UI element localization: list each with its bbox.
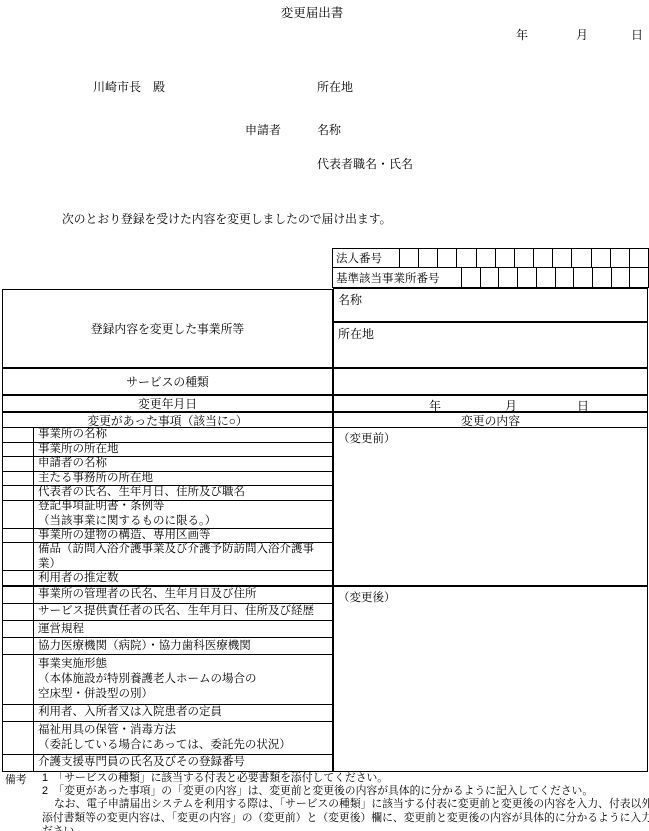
- changed-item-label: 利用者、入所者又は入院患者の定員: [34, 705, 332, 721]
- office-address-cell[interactable]: 所在地: [333, 322, 648, 368]
- changed-item-row: 事業所の建物の構造、専用区画等: [3, 528, 332, 543]
- note-line: 添付書類等の変更内容は、「変更の内容」の（変更前）と（変更後）欄に、変更前と変更…: [42, 812, 647, 825]
- item-mark-cell[interactable]: [3, 587, 34, 603]
- item-mark-cell[interactable]: [3, 638, 34, 654]
- item-mark-cell[interactable]: [3, 443, 34, 457]
- office-number-digit-cell[interactable]: [629, 268, 648, 287]
- changed-item-label: 事業所の建物の構造、専用区画等: [34, 529, 332, 543]
- office-number-digit-cell[interactable]: [555, 268, 574, 287]
- change-date-value-cell[interactable]: 年 月 日: [333, 395, 648, 412]
- changed-item-label: 利用者の推定数: [34, 571, 332, 585]
- changed-item-row: 主たる事務所の所在地: [3, 471, 332, 486]
- date-year-label: 年: [516, 26, 528, 43]
- service-type-header-cell: サービスの種類: [2, 368, 333, 395]
- service-type-value-cell[interactable]: [333, 368, 648, 395]
- office-number-digit-cell[interactable]: [573, 268, 592, 287]
- statement-text: 次のとおり登録を受けた内容を変更しましたので届け出ます。: [62, 210, 391, 227]
- changed-item-row: 事業所の管理者の氏名、生年月日及び住所: [3, 587, 332, 603]
- item-mark-cell[interactable]: [3, 655, 34, 703]
- changed-item-row: 事業実施形態 （本体施設が特別養護老人ホームの場合の 空床型・併設型の別）: [3, 654, 332, 703]
- date-month-label: 月: [576, 26, 588, 43]
- corporate-number-digit-cell[interactable]: [552, 249, 571, 267]
- corporate-number-digit-cell[interactable]: [533, 249, 552, 267]
- after-label: （変更後）: [334, 587, 647, 607]
- item-mark-cell[interactable]: [3, 529, 34, 543]
- change-content-before-cell[interactable]: （変更前）: [333, 427, 648, 586]
- changed-item-row: 利用者、入所者又は入院患者の定員: [3, 704, 332, 721]
- changed-item-label: 事業所の所在地: [34, 443, 332, 457]
- office-number-digit-cell[interactable]: [536, 268, 555, 287]
- corporate-number-digit-cell[interactable]: [610, 249, 629, 267]
- changed-item-label: 代表者の氏名、生年月日、住所及び職名: [34, 486, 332, 500]
- corporate-number-digit-cell[interactable]: [629, 249, 648, 267]
- changed-item-row: 運営規程: [3, 620, 332, 637]
- changed-item-row: 備品（訪問入浴介護事業及び介護予防訪問入浴介護事業）: [3, 542, 332, 570]
- changed-office-header-cell: 登録内容を変更した事業所等: [2, 289, 333, 368]
- item-mark-cell[interactable]: [3, 705, 34, 721]
- changed-item-row: 申請者の名称: [3, 456, 332, 471]
- office-number-row: 基準該当事業所番号: [333, 268, 648, 287]
- changed-items-group-after: 事業所の管理者の氏名、生年月日及び住所サービス提供責任者の氏名、生年月日、住所及…: [2, 586, 333, 772]
- applicant-label: 申請者: [245, 121, 281, 138]
- office-number-digit-cell[interactable]: [592, 268, 611, 287]
- office-number-digit-cell[interactable]: [517, 268, 536, 287]
- changed-item-label: サービス提供責任者の氏名、生年月日、住所及び経歴: [34, 604, 332, 620]
- changed-item-row: 介護支援専門員の氏名及びその登録番号: [3, 754, 332, 771]
- note-line: 2 「変更があった事項」の「変更の内容」は、変更前と変更後の内容が具体的に分かる…: [42, 785, 647, 798]
- item-mark-cell[interactable]: [3, 486, 34, 500]
- note-line: ださい。: [42, 825, 647, 831]
- number-table: 法人番号 基準該当事業所番号: [332, 248, 649, 288]
- item-mark-cell[interactable]: [3, 621, 34, 637]
- changed-items-group-before: 事業所の名称事業所の所在地申請者の名称主たる事務所の所在地代表者の氏名、生年月日…: [2, 427, 333, 586]
- office-number-label: 基準該当事業所番号: [333, 268, 462, 287]
- changed-item-row: 利用者の推定数: [3, 570, 332, 585]
- changed-item-label: 福祉用具の保管・消毒方法 （委託している場合にあっては、委託先の状況）: [34, 722, 332, 754]
- changed-item-label: 申請者の名称: [34, 457, 332, 471]
- changed-item-label: 協力医療機関（病院）・協力歯科医療機関: [34, 638, 332, 654]
- notes-block: 1 「サービスの種類」に該当する付表と必要書類を添付してください。2 「変更があ…: [42, 772, 647, 831]
- changed-item-row: 事業所の名称: [3, 428, 332, 442]
- office-number-digit-cell[interactable]: [611, 268, 630, 287]
- corporate-number-digit-cell[interactable]: [591, 249, 610, 267]
- corporate-number-digit-cell[interactable]: [514, 249, 533, 267]
- changed-item-row: 登記事項証明書・条例等 （当該事業に関するものに限る。）: [3, 500, 332, 528]
- corporate-number-cells: [400, 249, 648, 267]
- changed-item-label: 事業実施形態 （本体施設が特別養護老人ホームの場合の 空床型・併設型の別）: [34, 655, 332, 703]
- applicant-name-label: 名称: [317, 121, 341, 138]
- item-mark-cell[interactable]: [3, 457, 34, 471]
- office-address-label: 所在地: [334, 323, 647, 344]
- office-name-label: 名称: [334, 289, 647, 310]
- corporate-number-row: 法人番号: [333, 249, 648, 268]
- before-label: （変更前）: [334, 428, 647, 448]
- date-day-label: 日: [631, 26, 643, 43]
- changed-item-row: 事業所の所在地: [3, 442, 332, 457]
- notes-heading: 備考: [5, 772, 27, 787]
- office-name-cell[interactable]: 名称: [333, 288, 648, 322]
- change-content-after-cell[interactable]: （変更後）: [333, 586, 648, 772]
- applicant-representative-label: 代表者職名・氏名: [317, 155, 413, 172]
- item-mark-cell[interactable]: [3, 472, 34, 486]
- changed-item-label: 備品（訪問入浴介護事業及び介護予防訪問入浴介護事業）: [34, 543, 332, 570]
- item-mark-cell[interactable]: [3, 428, 34, 442]
- addressee-label: 川崎市長 殿: [93, 78, 165, 95]
- changed-item-label: 運営規程: [34, 621, 332, 637]
- changed-item-label: 事業所の名称: [34, 428, 332, 442]
- corporate-number-digit-cell[interactable]: [571, 249, 590, 267]
- corporate-number-digit-cell[interactable]: [476, 249, 495, 267]
- corporate-number-digit-cell[interactable]: [437, 249, 456, 267]
- office-number-digit-cell[interactable]: [462, 268, 480, 287]
- office-number-digit-cell[interactable]: [480, 268, 499, 287]
- changed-item-row: 協力医療機関（病院）・協力歯科医療機関: [3, 637, 332, 654]
- note-line: なお、電子申請届出システムを利用する際は、「サービスの種類」に該当する付表に変更…: [42, 798, 647, 811]
- office-number-digit-cell[interactable]: [498, 268, 517, 287]
- changed-item-label: 介護支援専門員の氏名及びその登録番号: [34, 755, 332, 771]
- changed-item-label: 主たる事務所の所在地: [34, 472, 332, 486]
- changed-item-row: サービス提供責任者の氏名、生年月日、住所及び経歴: [3, 603, 332, 620]
- item-mark-cell[interactable]: [3, 755, 34, 771]
- corporate-number-label: 法人番号: [333, 249, 400, 267]
- office-number-cells: [462, 268, 648, 287]
- corporate-number-digit-cell[interactable]: [456, 249, 475, 267]
- changed-items-column-header: 変更があった事項（該当に○）: [2, 412, 333, 428]
- change-date-header-cell: 変更年月日: [2, 395, 333, 412]
- item-mark-cell[interactable]: [3, 571, 34, 585]
- change-notification-form: 変更届出書 年 月 日 川崎市長 殿 申請者 所在地 名称 代表者職名・氏名 次…: [0, 0, 649, 831]
- applicant-address-label: 所在地: [317, 78, 353, 95]
- form-title: 変更届出書: [0, 3, 624, 21]
- change-content-column-header: 変更の内容: [333, 412, 648, 428]
- changed-item-row: 福祉用具の保管・消毒方法 （委託している場合にあっては、委託先の状況）: [3, 721, 332, 754]
- item-mark-cell[interactable]: [3, 543, 34, 570]
- corporate-number-digit-cell[interactable]: [495, 249, 514, 267]
- note-line: 1 「サービスの種類」に該当する付表と必要書類を添付してください。: [42, 772, 647, 785]
- corporate-number-digit-cell[interactable]: [418, 249, 437, 267]
- corporate-number-digit-cell[interactable]: [400, 249, 418, 267]
- changed-item-label: 登記事項証明書・条例等 （当該事業に関するものに限る。）: [34, 501, 332, 528]
- changed-item-row: 代表者の氏名、生年月日、住所及び職名: [3, 485, 332, 500]
- changed-item-label: 事業所の管理者の氏名、生年月日及び住所: [34, 587, 332, 603]
- item-mark-cell[interactable]: [3, 501, 34, 528]
- item-mark-cell[interactable]: [3, 604, 34, 620]
- item-mark-cell[interactable]: [3, 722, 34, 754]
